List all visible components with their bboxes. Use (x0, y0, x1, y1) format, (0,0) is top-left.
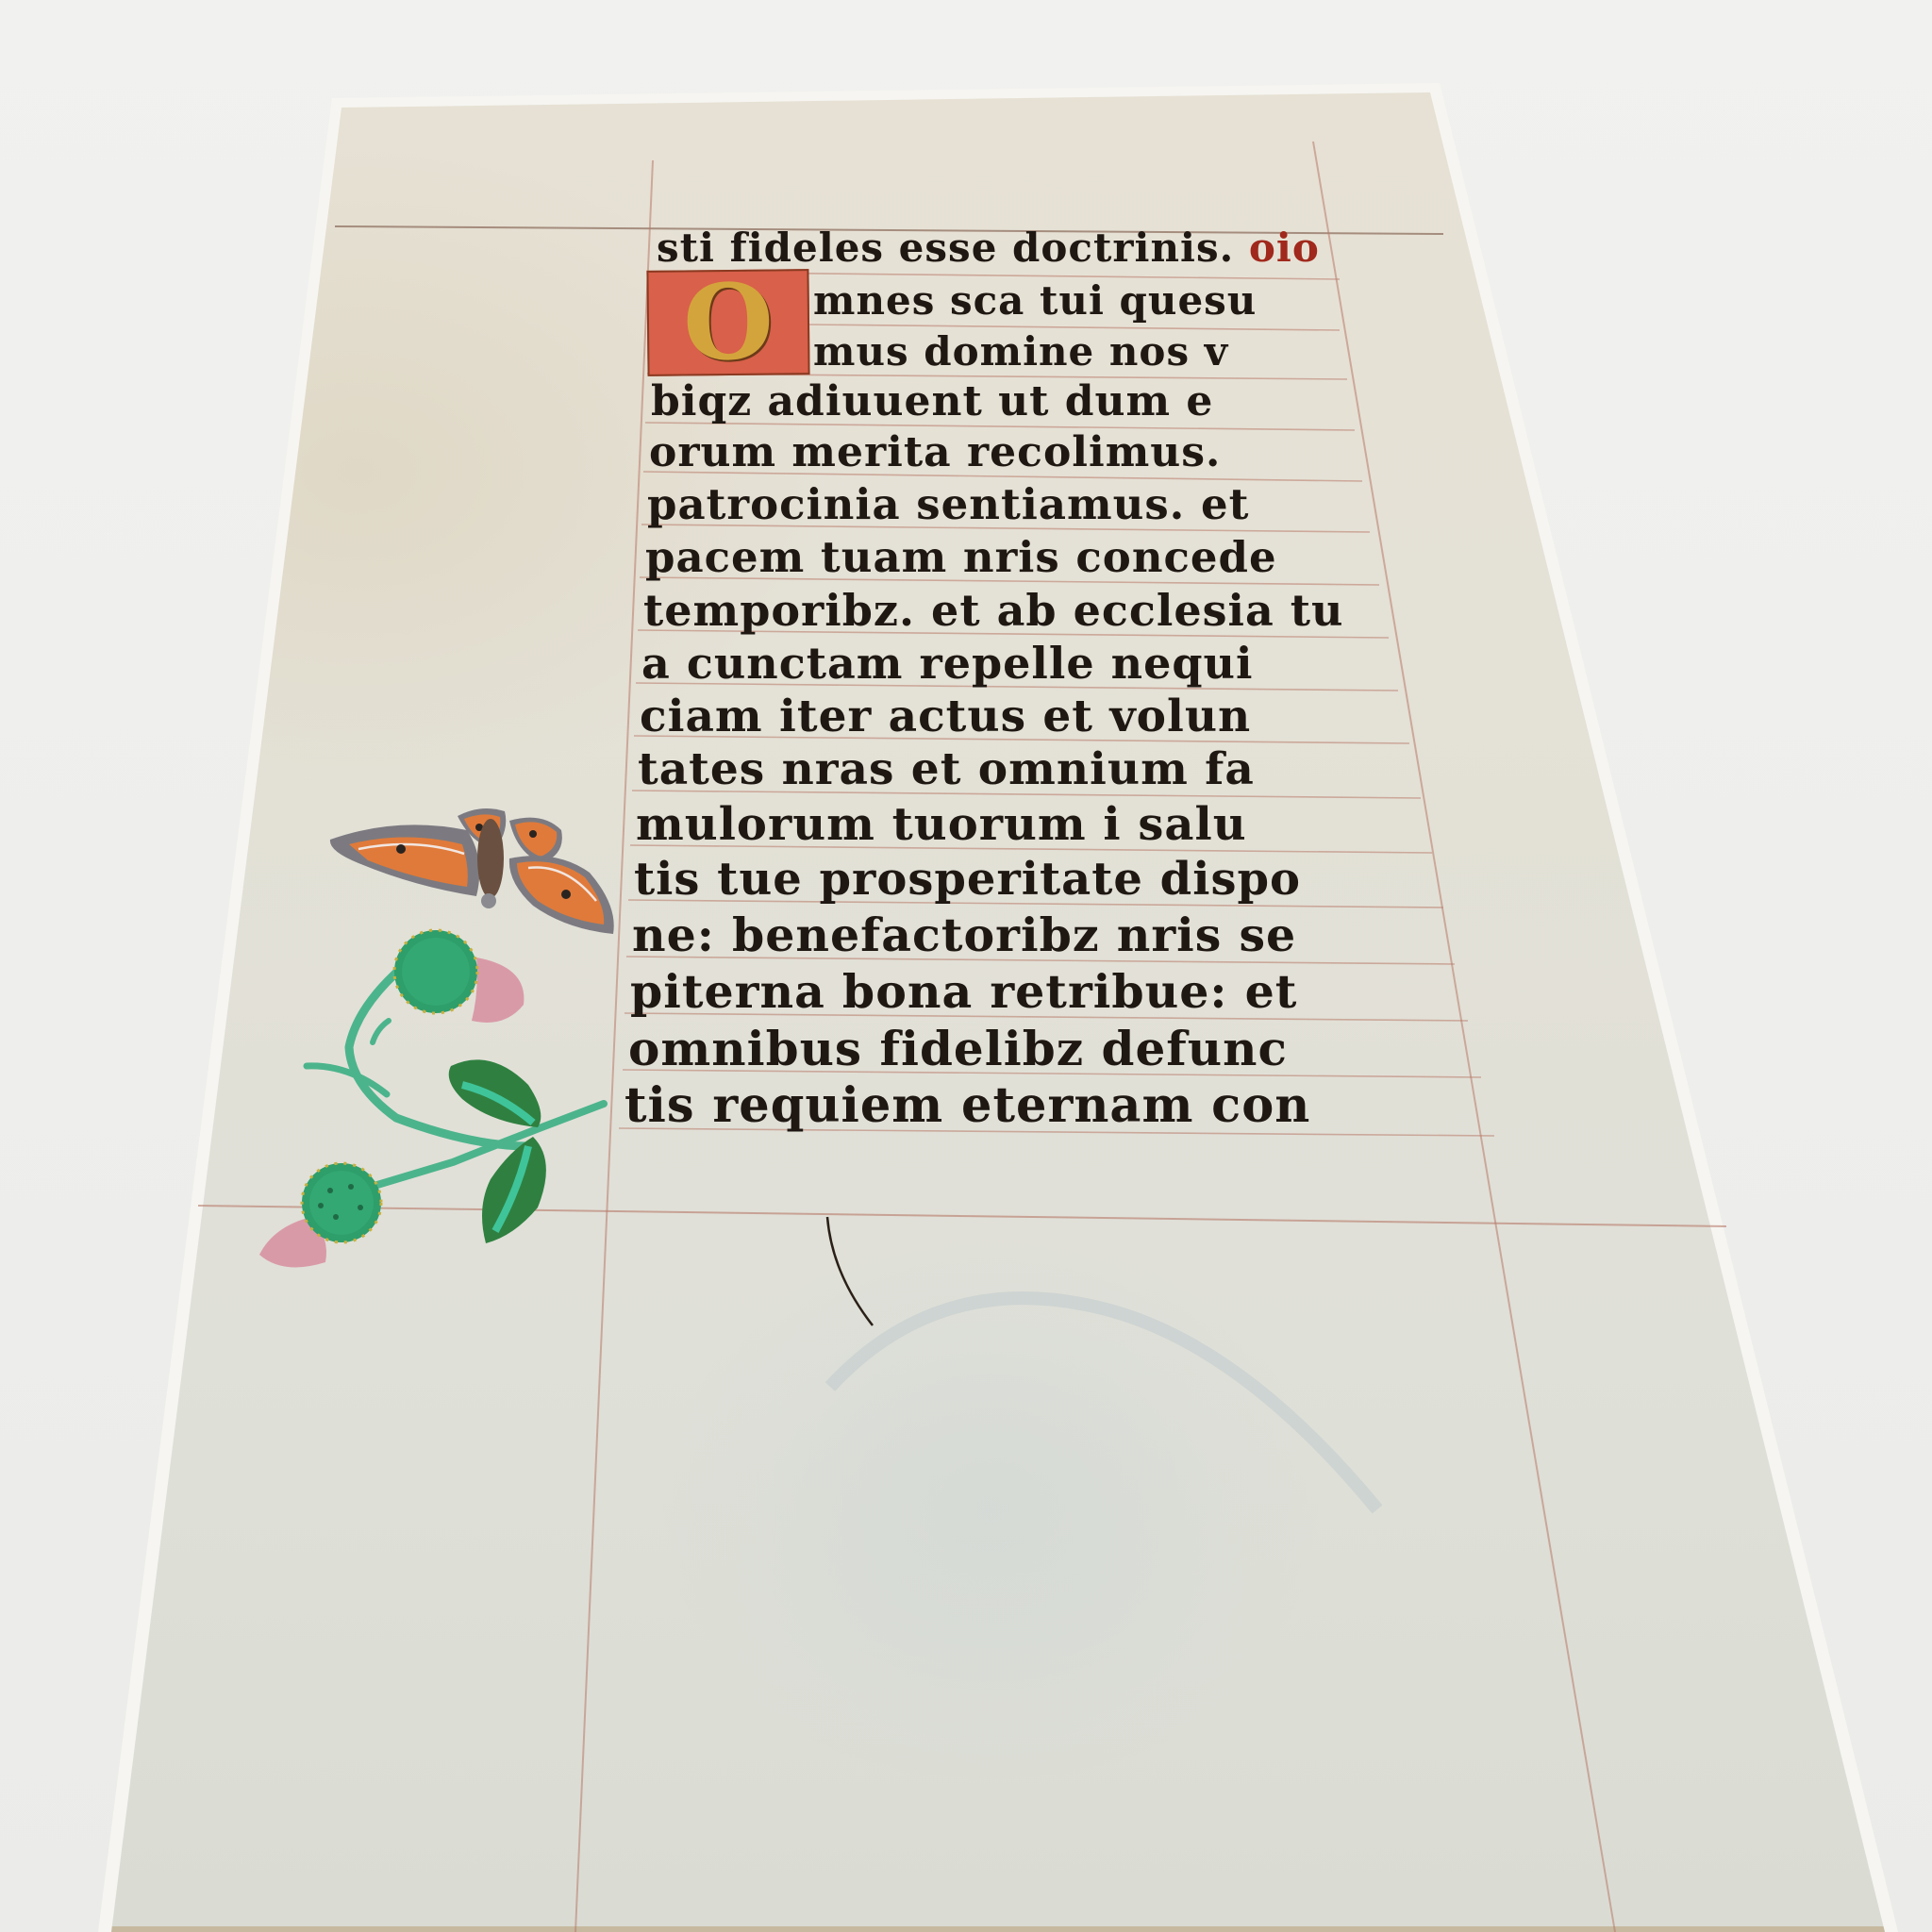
thistle-flower-icon (394, 930, 524, 1023)
leaf-icon (449, 1059, 546, 1243)
thistle-flower-icon (259, 1163, 381, 1267)
marginal-illustration (0, 0, 1932, 1932)
photograph: O sti fideles esse doctrinis. oio mnes s… (0, 0, 1932, 1932)
butterfly-icon (330, 808, 614, 934)
